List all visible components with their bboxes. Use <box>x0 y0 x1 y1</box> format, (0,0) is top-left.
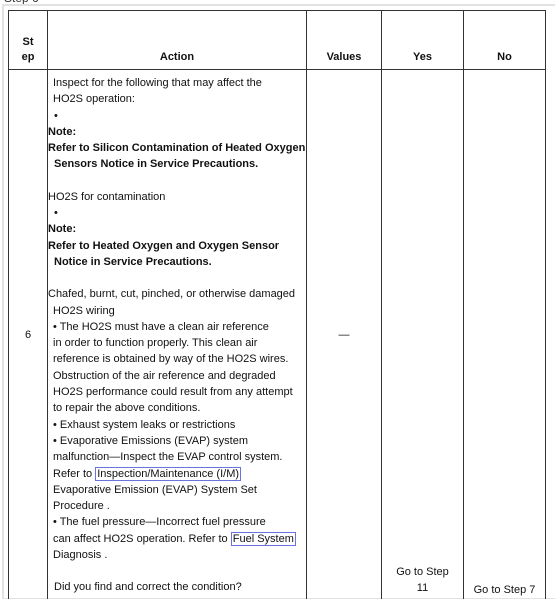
bullet: • <box>48 205 306 221</box>
inspect-item: Chafed, burnt, cut, pinched, or otherwis… <box>48 286 306 302</box>
note-label: Note: <box>48 221 306 237</box>
note-label: Note: <box>48 124 306 140</box>
header-step: Step <box>9 11 48 70</box>
header-yes: Yes <box>382 11 464 70</box>
question-text: Did you find and correct the condition? <box>48 579 306 595</box>
action-cell: Inspect for the following that may affec… <box>48 70 307 599</box>
intro-text: Inspect for the following that may affec… <box>48 75 306 91</box>
note-text: Refer to Silicon Contamination of Heated… <box>48 140 306 156</box>
values-cell: — <box>307 70 382 599</box>
no-cell: Go to Step 7 <box>464 70 546 599</box>
im-evap-procedure-link[interactable]: Inspection/Maintenance (I/M) <box>95 467 241 481</box>
step-number: 6 <box>9 70 48 599</box>
header-action: Action <box>48 11 307 70</box>
bullet: • <box>48 108 306 124</box>
sub-item: • Evaporative Emissions (EVAP) system <box>48 433 306 449</box>
sub-item: • The HO2S must have a clean air referen… <box>48 319 306 335</box>
header-row: Step Action Values Yes No <box>9 11 546 70</box>
note-text: Refer to Heated Oxygen and Oxygen Sensor <box>48 238 306 254</box>
yes-cell: Go to Step11 <box>382 70 464 599</box>
header-no: No <box>464 11 546 70</box>
sub-item: • Exhaust system leaks or restrictions <box>48 417 306 433</box>
fuel-system-diagnosis-link[interactable]: Fuel System <box>231 532 296 546</box>
inspect-item: HO2S for contamination <box>48 189 306 205</box>
table-row: 6 Inspect for the following that may aff… <box>9 70 546 599</box>
sub-item: • The fuel pressure—Incorrect fuel press… <box>48 514 306 530</box>
header-values: Values <box>307 11 382 70</box>
diagnostic-table: Step Action Values Yes No 6 Inspect for … <box>8 10 546 599</box>
